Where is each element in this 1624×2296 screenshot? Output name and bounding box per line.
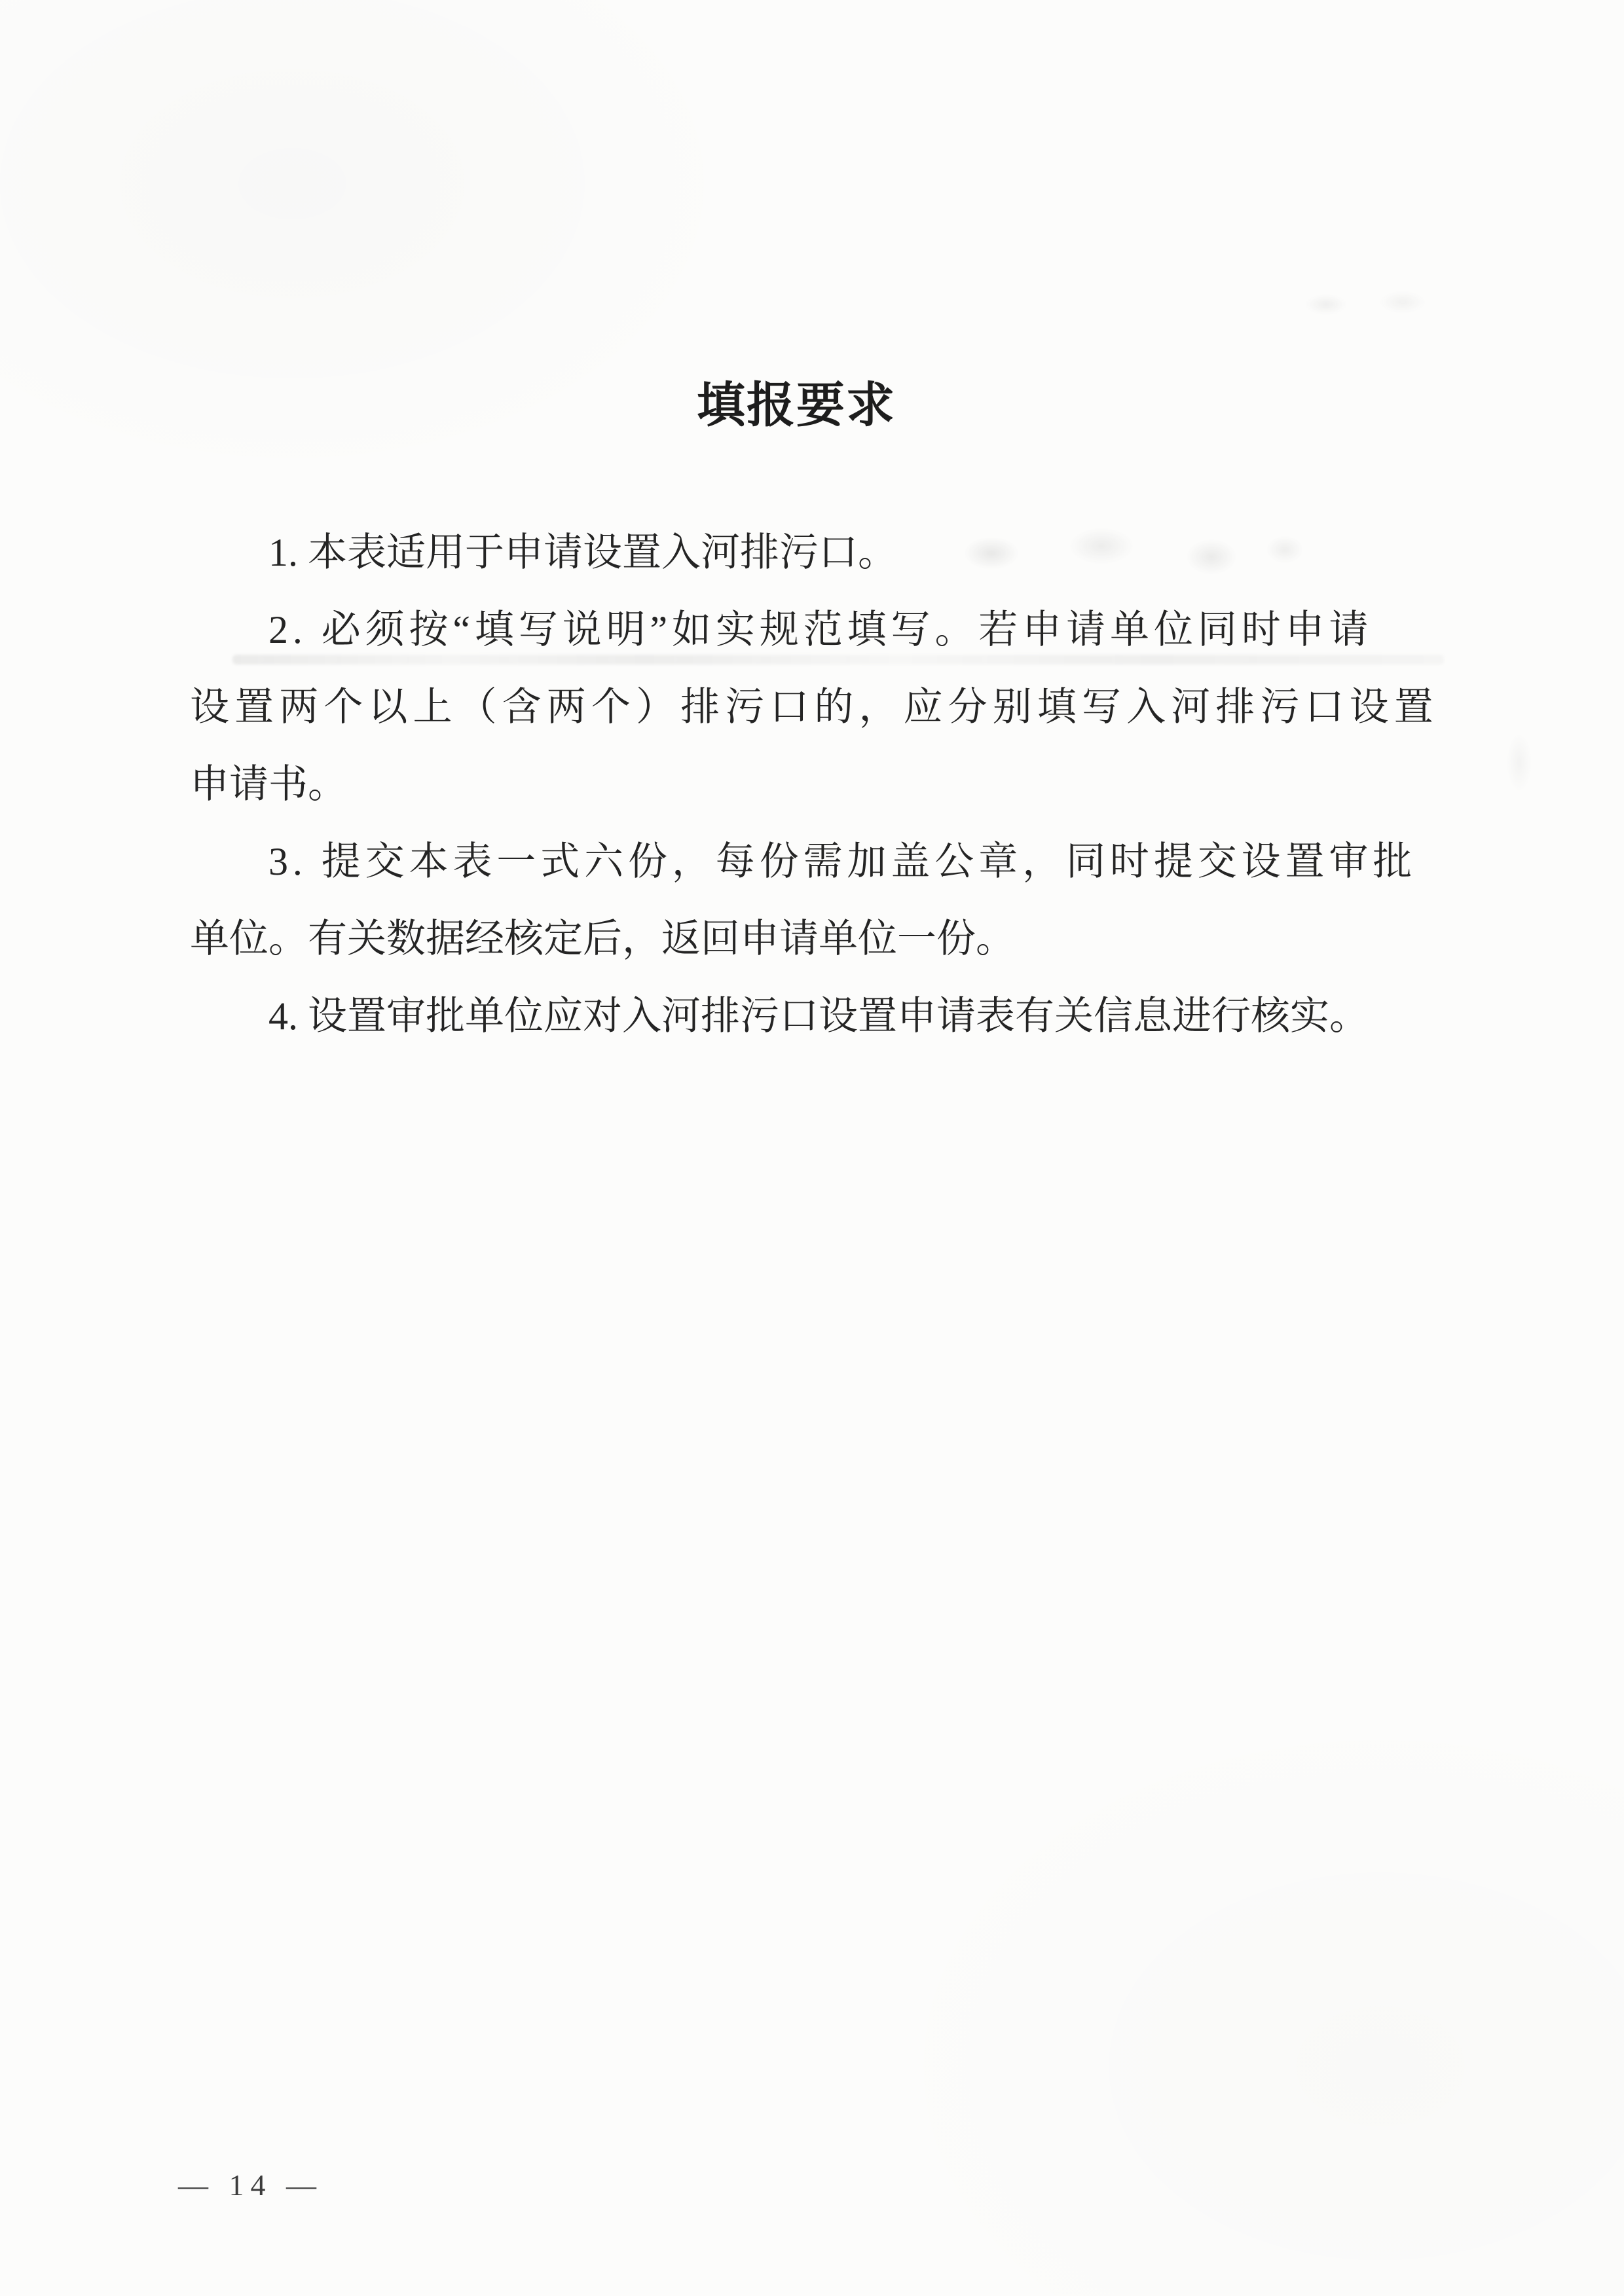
- body-text: 1. 本表适用于申请设置入河排污口。 2. 必须按“填写说明”如实规范填写。若申…: [190, 514, 1434, 1055]
- paragraph-2-line-2: 设置两个以上（含两个）排污口的，应分别填写入河排污口设置: [190, 668, 1434, 746]
- page-number: — 14 —: [178, 2166, 323, 2205]
- page-title: 填报要求: [0, 367, 1593, 436]
- paragraph-3-line-2: 单位。有关数据经核定后，返回申请单位一份。: [190, 900, 1434, 977]
- paragraph-3-line-1: 3. 提交本表一式六份，每份需加盖公章，同时提交设置审批: [190, 823, 1434, 900]
- document-page: 填报要求 1. 本表适用于申请设置入河排污口。 2. 必须按“填写说明”如实规范…: [0, 0, 1624, 2296]
- paragraph-1-line-1: 1. 本表适用于申请设置入河排污口。: [190, 514, 1434, 591]
- paragraph-2-line-3: 申请书。: [190, 746, 1434, 823]
- scan-artifact-ghost: [1283, 282, 1454, 327]
- paragraph-2-line-1: 2. 必须按“填写说明”如实规范填写。若申请单位同时申请: [190, 591, 1434, 668]
- scan-artifact-speck: [1500, 717, 1539, 809]
- paragraph-4-line-1: 4. 设置审批单位应对入河排污口设置申请表有关信息进行核实。: [190, 977, 1434, 1055]
